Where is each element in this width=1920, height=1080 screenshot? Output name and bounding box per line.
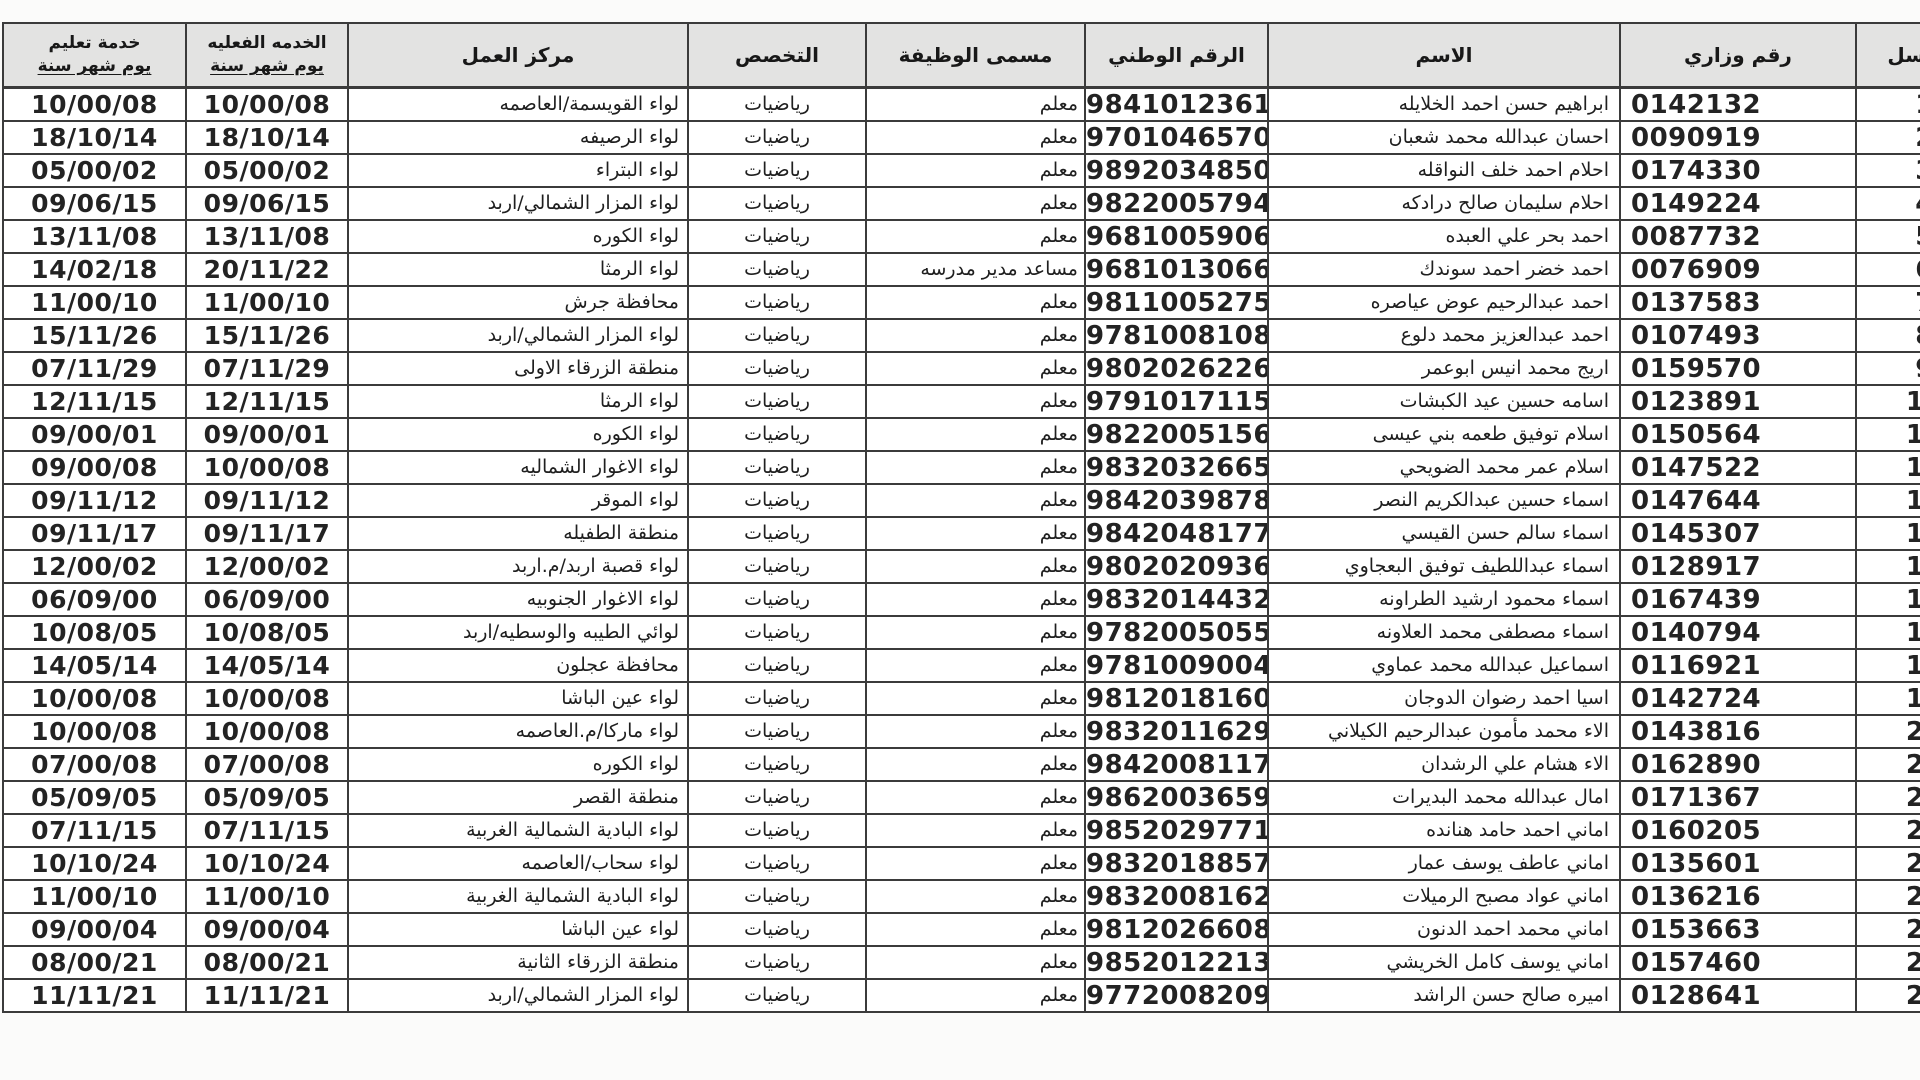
- header-specialization-label: التخصص: [735, 43, 819, 67]
- scanned-document-page: { "document": { "kind": "scanned-teacher…: [0, 0, 1920, 1080]
- table-row: 23 0160205 اماني احمد حامد هنانده 985202…: [3, 814, 1920, 847]
- teachers-table-wrap: تسلسل رقم وزاري الاسم الرقم الوطني مسمى …: [2, 22, 1920, 1013]
- cell-work-center: منطقة الزرقاء الثانية: [348, 946, 688, 979]
- cell-work-center: لواء المزار الشمالي/اربد: [348, 187, 688, 220]
- cell-specialization: رياضيات: [688, 550, 866, 583]
- cell-name: اسماعيل عبدالله محمد عماوي: [1268, 649, 1620, 682]
- table-row: 5 0087732 احمد بحر علي العبده 9681005906…: [3, 220, 1920, 253]
- cell-actual-service: 09/06/15: [186, 187, 348, 220]
- table-row: 13 0147644 اسماء حسين عبدالكريم النصر 98…: [3, 484, 1920, 517]
- cell-work-center: منطقة الطفيله: [348, 517, 688, 550]
- cell-name: اسماء سالم حسن القيسي: [1268, 517, 1620, 550]
- cell-teaching-service: 12/00/02: [3, 550, 186, 583]
- cell-work-center: لوائي الطيبه والوسطيه/اربد: [348, 616, 688, 649]
- table-row: 21 0162890 الاء هشام علي الرشدان 9842008…: [3, 748, 1920, 781]
- cell-serial: 9: [1856, 352, 1920, 385]
- cell-job-title: معلم: [866, 682, 1085, 715]
- cell-ministry-no: 0162890: [1620, 748, 1856, 781]
- table-row: 2 0090919 احسان عبدالله محمد شعبان 97010…: [3, 121, 1920, 154]
- cell-actual-service: 07/00/08: [186, 748, 348, 781]
- table-row: 24 0135601 اماني عاطف يوسف عمار 98320188…: [3, 847, 1920, 880]
- cell-national-no: 9791017115: [1085, 385, 1268, 418]
- cell-work-center: منطقة القصر: [348, 781, 688, 814]
- cell-actual-service: 11/00/10: [186, 880, 348, 913]
- cell-job-title: معلم: [866, 385, 1085, 418]
- cell-specialization: رياضيات: [688, 154, 866, 187]
- cell-actual-service: 07/11/15: [186, 814, 348, 847]
- header-actual-service-label: الخدمه الفعليه: [207, 33, 326, 53]
- cell-specialization: رياضيات: [688, 946, 866, 979]
- cell-serial: 25: [1856, 880, 1920, 913]
- header-serial-label: تسلسل: [1887, 43, 1920, 67]
- cell-national-no: 9832032665: [1085, 451, 1268, 484]
- cell-name: احلام سليمان صالح درادكه: [1268, 187, 1620, 220]
- cell-job-title: معلم: [866, 616, 1085, 649]
- cell-specialization: رياضيات: [688, 352, 866, 385]
- cell-serial: 7: [1856, 286, 1920, 319]
- cell-teaching-service: 05/00/02: [3, 154, 186, 187]
- cell-teaching-service: 06/09/00: [3, 583, 186, 616]
- cell-national-no: 9832014432: [1085, 583, 1268, 616]
- cell-name: احلام احمد خلف النواقله: [1268, 154, 1620, 187]
- header-ministry-no: رقم وزاري: [1620, 23, 1856, 88]
- cell-job-title: معلم: [866, 286, 1085, 319]
- cell-specialization: رياضيات: [688, 418, 866, 451]
- cell-name: احمد خضر احمد سوندك: [1268, 253, 1620, 286]
- cell-ministry-no: 0159570: [1620, 352, 1856, 385]
- cell-actual-service: 08/00/21: [186, 946, 348, 979]
- cell-work-center: لواء المزار الشمالي/اربد: [348, 979, 688, 1012]
- cell-serial: 12: [1856, 451, 1920, 484]
- cell-name: احسان عبدالله محمد شعبان: [1268, 121, 1620, 154]
- cell-ministry-no: 0136216: [1620, 880, 1856, 913]
- cell-national-no: 9812026608: [1085, 913, 1268, 946]
- cell-ministry-no: 0143816: [1620, 715, 1856, 748]
- cell-serial: 3: [1856, 154, 1920, 187]
- cell-serial: 26: [1856, 913, 1920, 946]
- cell-serial: 13: [1856, 484, 1920, 517]
- cell-specialization: رياضيات: [688, 121, 866, 154]
- table-row: 9 0159570 اريج محمد انيس ابوعمر 98020262…: [3, 352, 1920, 385]
- cell-national-no: 9892034850: [1085, 154, 1268, 187]
- cell-name: امال عبدالله محمد البديرات: [1268, 781, 1620, 814]
- cell-serial: 27: [1856, 946, 1920, 979]
- cell-ministry-no: 0090919: [1620, 121, 1856, 154]
- cell-ministry-no: 0153663: [1620, 913, 1856, 946]
- cell-name: الاء هشام علي الرشدان: [1268, 748, 1620, 781]
- table-row: 25 0136216 اماني عواد مصبح الرميلات 9832…: [3, 880, 1920, 913]
- cell-serial: 14: [1856, 517, 1920, 550]
- cell-job-title: معلم: [866, 715, 1085, 748]
- cell-national-no: 9852012213: [1085, 946, 1268, 979]
- cell-national-no: 9701046570: [1085, 121, 1268, 154]
- cell-teaching-service: 10/00/08: [3, 715, 186, 748]
- cell-name: اسيا احمد رضوان الدوجان: [1268, 682, 1620, 715]
- cell-specialization: رياضيات: [688, 847, 866, 880]
- header-work-center: مركز العمل: [348, 23, 688, 88]
- cell-specialization: رياضيات: [688, 253, 866, 286]
- cell-actual-service: 09/00/01: [186, 418, 348, 451]
- cell-serial: 4: [1856, 187, 1920, 220]
- table-row: 12 0147522 اسلام عمر محمد الضويحي 983203…: [3, 451, 1920, 484]
- table-row: 7 0137583 احمد عبدالرحيم عوض عياصره 9811…: [3, 286, 1920, 319]
- cell-teaching-service: 11/00/10: [3, 286, 186, 319]
- cell-teaching-service: 11/00/10: [3, 880, 186, 913]
- header-work-center-label: مركز العمل: [462, 43, 575, 67]
- table-row: 27 0157460 اماني يوسف كامل الخريشي 98520…: [3, 946, 1920, 979]
- table-row: 22 0171367 امال عبدالله محمد البديرات 98…: [3, 781, 1920, 814]
- cell-job-title: معلم: [866, 781, 1085, 814]
- table-row: 3 0174330 احلام احمد خلف النواقله 989203…: [3, 154, 1920, 187]
- cell-actual-service: 06/09/00: [186, 583, 348, 616]
- cell-national-no: 9842008117: [1085, 748, 1268, 781]
- table-row: 16 0167439 اسماء محمود ارشيد الطراونه 98…: [3, 583, 1920, 616]
- cell-teaching-service: 09/00/08: [3, 451, 186, 484]
- cell-teaching-service: 07/11/29: [3, 352, 186, 385]
- table-row: 28 0128641 اميره صالح حسن الراشد 9772008…: [3, 979, 1920, 1012]
- cell-work-center: محافظة عجلون: [348, 649, 688, 682]
- cell-job-title: معلم: [866, 946, 1085, 979]
- table-row: 20 0143816 الاء محمد مأمون عبدالرحيم الك…: [3, 715, 1920, 748]
- cell-job-title: معلم: [866, 88, 1085, 122]
- cell-national-no: 9802026226: [1085, 352, 1268, 385]
- cell-teaching-service: 12/11/15: [3, 385, 186, 418]
- cell-national-no: 9811005275: [1085, 286, 1268, 319]
- header-job-title-label: مسمى الوظيفة: [899, 43, 1053, 67]
- cell-ministry-no: 0147522: [1620, 451, 1856, 484]
- cell-specialization: رياضيات: [688, 484, 866, 517]
- cell-name: اسماء عبداللطيف توفيق البعجاوي: [1268, 550, 1620, 583]
- cell-name: اماني عاطف يوسف عمار: [1268, 847, 1620, 880]
- cell-ministry-no: 0123891: [1620, 385, 1856, 418]
- cell-name: اسماء محمود ارشيد الطراونه: [1268, 583, 1620, 616]
- table-row: 17 0140794 اسماء مصطفى محمد العلاونه 978…: [3, 616, 1920, 649]
- cell-job-title: معلم: [866, 913, 1085, 946]
- cell-ministry-no: 0087732: [1620, 220, 1856, 253]
- cell-national-no: 9802020936: [1085, 550, 1268, 583]
- cell-actual-service: 13/11/08: [186, 220, 348, 253]
- cell-national-no: 9842048177: [1085, 517, 1268, 550]
- cell-ministry-no: 0137583: [1620, 286, 1856, 319]
- cell-work-center: لواء البادية الشمالية الغربية: [348, 880, 688, 913]
- cell-teaching-service: 09/06/15: [3, 187, 186, 220]
- cell-specialization: رياضيات: [688, 682, 866, 715]
- cell-ministry-no: 0116921: [1620, 649, 1856, 682]
- cell-work-center: لواء البتراء: [348, 154, 688, 187]
- cell-work-center: لواء الاغوار الجنوبيه: [348, 583, 688, 616]
- cell-serial: 6: [1856, 253, 1920, 286]
- cell-specialization: رياضيات: [688, 814, 866, 847]
- header-national-no: الرقم الوطني: [1085, 23, 1268, 88]
- cell-name: اماني يوسف كامل الخريشي: [1268, 946, 1620, 979]
- cell-ministry-no: 0128641: [1620, 979, 1856, 1012]
- cell-specialization: رياضيات: [688, 385, 866, 418]
- table-row: 14 0145307 اسماء سالم حسن القيسي 9842048…: [3, 517, 1920, 550]
- cell-work-center: محافظة جرش: [348, 286, 688, 319]
- cell-national-no: 9832018857: [1085, 847, 1268, 880]
- header-teaching-service: خدمة تعليم يوم شهر سنة: [3, 23, 186, 88]
- cell-ministry-no: 0147644: [1620, 484, 1856, 517]
- cell-specialization: رياضيات: [688, 715, 866, 748]
- header-row: تسلسل رقم وزاري الاسم الرقم الوطني مسمى …: [3, 23, 1920, 88]
- header-serial: تسلسل: [1856, 23, 1920, 88]
- cell-name: اسماء حسين عبدالكريم النصر: [1268, 484, 1620, 517]
- cell-work-center: منطقة الزرقاء الاولى: [348, 352, 688, 385]
- cell-specialization: رياضيات: [688, 583, 866, 616]
- cell-job-title: معلم: [866, 550, 1085, 583]
- cell-work-center: لواء الرمثا: [348, 253, 688, 286]
- cell-job-title: مساعد مدير مدرسه: [866, 253, 1085, 286]
- cell-job-title: معلم: [866, 121, 1085, 154]
- table-row: 6 0076909 احمد خضر احمد سوندك 9681013066…: [3, 253, 1920, 286]
- table-body: 1 0142132 ابراهيم حسن احمد الخلايله 9841…: [3, 88, 1920, 1013]
- cell-specialization: رياضيات: [688, 286, 866, 319]
- cell-actual-service: 05/09/05: [186, 781, 348, 814]
- cell-actual-service: 12/00/02: [186, 550, 348, 583]
- cell-work-center: لواء البادية الشمالية الغربية: [348, 814, 688, 847]
- cell-serial: 1: [1856, 88, 1920, 122]
- cell-serial: 19: [1856, 682, 1920, 715]
- cell-specialization: رياضيات: [688, 616, 866, 649]
- cell-specialization: رياضيات: [688, 979, 866, 1012]
- cell-teaching-service: 09/11/17: [3, 517, 186, 550]
- cell-name: اماني عواد مصبح الرميلات: [1268, 880, 1620, 913]
- cell-name: اميره صالح حسن الراشد: [1268, 979, 1620, 1012]
- cell-actual-service: 12/11/15: [186, 385, 348, 418]
- cell-actual-service: 10/00/08: [186, 715, 348, 748]
- cell-teaching-service: 18/10/14: [3, 121, 186, 154]
- cell-serial: 21: [1856, 748, 1920, 781]
- cell-name: الاء محمد مأمون عبدالرحيم الكيلاني: [1268, 715, 1620, 748]
- cell-national-no: 9681005906: [1085, 220, 1268, 253]
- header-name-label: الاسم: [1415, 43, 1472, 67]
- cell-specialization: رياضيات: [688, 187, 866, 220]
- header-teaching-service-unit: يوم شهر سنة: [4, 55, 185, 78]
- cell-ministry-no: 0174330: [1620, 154, 1856, 187]
- cell-work-center: لواء الموقر: [348, 484, 688, 517]
- cell-specialization: رياضيات: [688, 319, 866, 352]
- cell-national-no: 9812018160: [1085, 682, 1268, 715]
- cell-work-center: لواء القويسمة/العاصمه: [348, 88, 688, 122]
- cell-job-title: معلم: [866, 418, 1085, 451]
- header-national-no-label: الرقم الوطني: [1108, 43, 1245, 67]
- cell-serial: 5: [1856, 220, 1920, 253]
- cell-specialization: رياضيات: [688, 913, 866, 946]
- cell-name: احمد عبدالعزيز محمد دلوع: [1268, 319, 1620, 352]
- cell-teaching-service: 08/00/21: [3, 946, 186, 979]
- cell-national-no: 9852029771: [1085, 814, 1268, 847]
- cell-national-no: 9822005156: [1085, 418, 1268, 451]
- cell-teaching-service: 09/00/01: [3, 418, 186, 451]
- cell-national-no: 9681013066: [1085, 253, 1268, 286]
- cell-ministry-no: 0142724: [1620, 682, 1856, 715]
- cell-work-center: لواء قصبة اربد/م.اربد: [348, 550, 688, 583]
- cell-teaching-service: 09/00/04: [3, 913, 186, 946]
- cell-job-title: معلم: [866, 979, 1085, 1012]
- cell-name: اماني احمد حامد هنانده: [1268, 814, 1620, 847]
- cell-job-title: معلم: [866, 847, 1085, 880]
- cell-job-title: معلم: [866, 220, 1085, 253]
- header-specialization: التخصص: [688, 23, 866, 88]
- cell-specialization: رياضيات: [688, 88, 866, 122]
- cell-job-title: معلم: [866, 154, 1085, 187]
- cell-work-center: لواء عين الباشا: [348, 682, 688, 715]
- cell-job-title: معلم: [866, 517, 1085, 550]
- cell-ministry-no: 0160205: [1620, 814, 1856, 847]
- cell-teaching-service: 10/00/08: [3, 682, 186, 715]
- cell-specialization: رياضيات: [688, 880, 866, 913]
- cell-ministry-no: 0107493: [1620, 319, 1856, 352]
- header-actual-service-unit: يوم شهر سنة: [187, 55, 347, 78]
- cell-work-center: لواء سحاب/العاصمه: [348, 847, 688, 880]
- cell-job-title: معلم: [866, 649, 1085, 682]
- cell-teaching-service: 14/02/18: [3, 253, 186, 286]
- cell-actual-service: 09/00/04: [186, 913, 348, 946]
- table-row: 19 0142724 اسيا احمد رضوان الدوجان 98120…: [3, 682, 1920, 715]
- cell-national-no: 9832008162: [1085, 880, 1268, 913]
- cell-job-title: معلم: [866, 484, 1085, 517]
- cell-ministry-no: 0128917: [1620, 550, 1856, 583]
- cell-actual-service: 10/00/08: [186, 682, 348, 715]
- cell-teaching-service: 15/11/26: [3, 319, 186, 352]
- cell-actual-service: 07/11/29: [186, 352, 348, 385]
- cell-name: اماني محمد احمد الدنون: [1268, 913, 1620, 946]
- cell-national-no: 9841012361: [1085, 88, 1268, 122]
- cell-national-no: 9772008209: [1085, 979, 1268, 1012]
- table-row: 1 0142132 ابراهيم حسن احمد الخلايله 9841…: [3, 88, 1920, 122]
- teachers-table: تسلسل رقم وزاري الاسم الرقم الوطني مسمى …: [2, 22, 1920, 1013]
- cell-actual-service: 20/11/22: [186, 253, 348, 286]
- cell-name: احمد بحر علي العبده: [1268, 220, 1620, 253]
- cell-specialization: رياضيات: [688, 517, 866, 550]
- cell-national-no: 9862003659: [1085, 781, 1268, 814]
- cell-work-center: لواء الاغوار الشماليه: [348, 451, 688, 484]
- cell-job-title: معلم: [866, 748, 1085, 781]
- cell-serial: 11: [1856, 418, 1920, 451]
- cell-actual-service: 18/10/14: [186, 121, 348, 154]
- cell-work-center: لواء الرمثا: [348, 385, 688, 418]
- cell-serial: 28: [1856, 979, 1920, 1012]
- cell-actual-service: 05/00/02: [186, 154, 348, 187]
- table-row: 4 0149224 احلام سليمان صالح درادكه 98220…: [3, 187, 1920, 220]
- cell-ministry-no: 0135601: [1620, 847, 1856, 880]
- cell-name: احمد عبدالرحيم عوض عياصره: [1268, 286, 1620, 319]
- cell-serial: 24: [1856, 847, 1920, 880]
- cell-serial: 22: [1856, 781, 1920, 814]
- cell-actual-service: 10/10/24: [186, 847, 348, 880]
- cell-specialization: رياضيات: [688, 220, 866, 253]
- cell-serial: 2: [1856, 121, 1920, 154]
- cell-specialization: رياضيات: [688, 781, 866, 814]
- cell-ministry-no: 0142132: [1620, 88, 1856, 122]
- cell-teaching-service: 10/00/08: [3, 88, 186, 122]
- cell-name: اريج محمد انيس ابوعمر: [1268, 352, 1620, 385]
- cell-work-center: لواء الكوره: [348, 220, 688, 253]
- cell-national-no: 9781009004: [1085, 649, 1268, 682]
- cell-work-center: لواء عين الباشا: [348, 913, 688, 946]
- cell-ministry-no: 0150564: [1620, 418, 1856, 451]
- cell-actual-service: 11/00/10: [186, 286, 348, 319]
- cell-national-no: 9832011629: [1085, 715, 1268, 748]
- cell-serial: 17: [1856, 616, 1920, 649]
- cell-actual-service: 11/11/21: [186, 979, 348, 1012]
- cell-actual-service: 15/11/26: [186, 319, 348, 352]
- cell-ministry-no: 0140794: [1620, 616, 1856, 649]
- cell-serial: 23: [1856, 814, 1920, 847]
- cell-name: اسماء مصطفى محمد العلاونه: [1268, 616, 1620, 649]
- cell-teaching-service: 10/10/24: [3, 847, 186, 880]
- cell-actual-service: 10/08/05: [186, 616, 348, 649]
- cell-name: اسامه حسين عيد الكبشات: [1268, 385, 1620, 418]
- cell-name: اسلام عمر محمد الضويحي: [1268, 451, 1620, 484]
- cell-serial: 8: [1856, 319, 1920, 352]
- cell-national-no: 9842039878: [1085, 484, 1268, 517]
- cell-teaching-service: 07/00/08: [3, 748, 186, 781]
- cell-name: ابراهيم حسن احمد الخلايله: [1268, 88, 1620, 122]
- cell-actual-service: 09/11/17: [186, 517, 348, 550]
- cell-national-no: 9781008108: [1085, 319, 1268, 352]
- cell-teaching-service: 07/11/15: [3, 814, 186, 847]
- cell-teaching-service: 05/09/05: [3, 781, 186, 814]
- cell-work-center: لواء الكوره: [348, 418, 688, 451]
- cell-teaching-service: 14/05/14: [3, 649, 186, 682]
- cell-teaching-service: 11/11/21: [3, 979, 186, 1012]
- cell-actual-service: 10/00/08: [186, 451, 348, 484]
- cell-work-center: لواء المزار الشمالي/اربد: [348, 319, 688, 352]
- cell-job-title: معلم: [866, 451, 1085, 484]
- header-job-title: مسمى الوظيفة: [866, 23, 1085, 88]
- header-actual-service: الخدمه الفعليه يوم شهر سنة: [186, 23, 348, 88]
- cell-teaching-service: 13/11/08: [3, 220, 186, 253]
- cell-actual-service: 09/11/12: [186, 484, 348, 517]
- table-row: 8 0107493 احمد عبدالعزيز محمد دلوع 97810…: [3, 319, 1920, 352]
- cell-serial: 15: [1856, 550, 1920, 583]
- cell-serial: 10: [1856, 385, 1920, 418]
- header-name: الاسم: [1268, 23, 1620, 88]
- cell-job-title: معلم: [866, 583, 1085, 616]
- cell-serial: 16: [1856, 583, 1920, 616]
- cell-teaching-service: 09/11/12: [3, 484, 186, 517]
- cell-serial: 20: [1856, 715, 1920, 748]
- table-row: 11 0150564 اسلام توفيق طعمه بني عيسى 982…: [3, 418, 1920, 451]
- cell-teaching-service: 10/08/05: [3, 616, 186, 649]
- cell-specialization: رياضيات: [688, 451, 866, 484]
- cell-actual-service: 10/00/08: [186, 88, 348, 122]
- cell-job-title: معلم: [866, 187, 1085, 220]
- cell-name: اسلام توفيق طعمه بني عيسى: [1268, 418, 1620, 451]
- cell-specialization: رياضيات: [688, 748, 866, 781]
- cell-work-center: لواء ماركا/م.العاصمه: [348, 715, 688, 748]
- cell-work-center: لواء الرصيفه: [348, 121, 688, 154]
- cell-national-no: 9822005794: [1085, 187, 1268, 220]
- cell-serial: 18: [1856, 649, 1920, 682]
- cell-job-title: معلم: [866, 880, 1085, 913]
- cell-ministry-no: 0167439: [1620, 583, 1856, 616]
- cell-ministry-no: 0157460: [1620, 946, 1856, 979]
- cell-work-center: لواء الكوره: [348, 748, 688, 781]
- cell-ministry-no: 0171367: [1620, 781, 1856, 814]
- cell-job-title: معلم: [866, 814, 1085, 847]
- cell-job-title: معلم: [866, 319, 1085, 352]
- cell-actual-service: 14/05/14: [186, 649, 348, 682]
- table-row: 26 0153663 اماني محمد احمد الدنون 981202…: [3, 913, 1920, 946]
- document-canvas: تسلسل رقم وزاري الاسم الرقم الوطني مسمى …: [0, 0, 1920, 1080]
- cell-ministry-no: 0076909: [1620, 253, 1856, 286]
- table-row: 10 0123891 اسامه حسين عيد الكبشات 979101…: [3, 385, 1920, 418]
- cell-national-no: 9782005055: [1085, 616, 1268, 649]
- cell-specialization: رياضيات: [688, 649, 866, 682]
- cell-ministry-no: 0149224: [1620, 187, 1856, 220]
